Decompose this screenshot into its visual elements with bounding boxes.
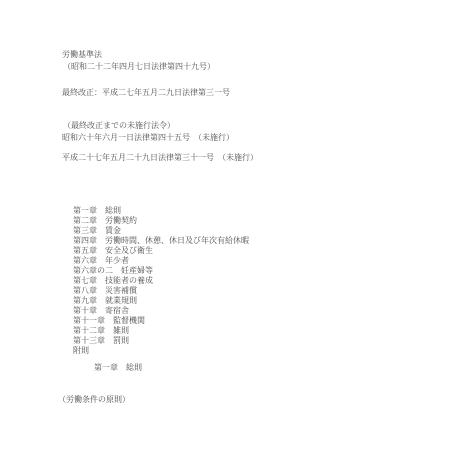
law-title: 労働基準法 [62,49,102,60]
toc-entry-chapter-10: 第十章 寄宿舎 [73,306,249,316]
toc-entry-chapter-1: 第一章 総則 [73,206,249,216]
toc-entry-chapter-12: 第十二章 雑則 [73,326,249,336]
table-of-contents: 第一章 総則 第二章 労働契約 第三章 賃金 第四章 労働時間、休憩、休日及び年… [73,206,249,356]
toc-entry-chapter-6: 第六章 年少者 [73,256,249,266]
toc-entry-chapter-3: 第三章 賃金 [73,226,249,236]
toc-entry-chapter-2: 第二章 労働契約 [73,216,249,226]
unenforced-laws-header: （最終改正までの未施行法令） [63,120,175,131]
toc-entry-chapter-9: 第九章 就業規則 [73,296,249,306]
unenforced-law-entry: 平成二十七年五月二十九日法律第三十一号 （未施行） [62,152,258,163]
article-caption: （労働条件の原則） [58,394,130,405]
toc-entry-chapter-4: 第四章 労働時間、休憩、休日及び年次有給休暇 [73,236,249,246]
toc-entry-chapter-5: 第五章 安全及び衛生 [73,246,249,256]
toc-entry-chapter-8: 第八章 災害補償 [73,286,249,296]
toc-entry-chapter-13: 第十三章 罰則 [73,336,249,346]
unenforced-law-entry: 昭和六十年六月一日法律第四十五号 （未施行） [62,132,234,143]
last-amendment-line: 最終改正：平成二七年五月二九日法律第三一号 [62,87,230,98]
section-heading: 第一章 総則 [94,362,142,373]
document-page: 労働基準法 （昭和二十二年四月七日法律第四十九号） 最終改正：平成二七年五月二九… [0,0,453,453]
toc-entry-supplementary: 附則 [73,346,249,356]
promulgation-line: （昭和二十二年四月七日法律第四十九号） [63,61,215,72]
toc-entry-chapter-6-2: 第六章の二 妊産婦等 [73,266,249,276]
toc-entry-chapter-11: 第十一章 監督機関 [73,316,249,326]
toc-entry-chapter-7: 第七章 技能者の養成 [73,276,249,286]
